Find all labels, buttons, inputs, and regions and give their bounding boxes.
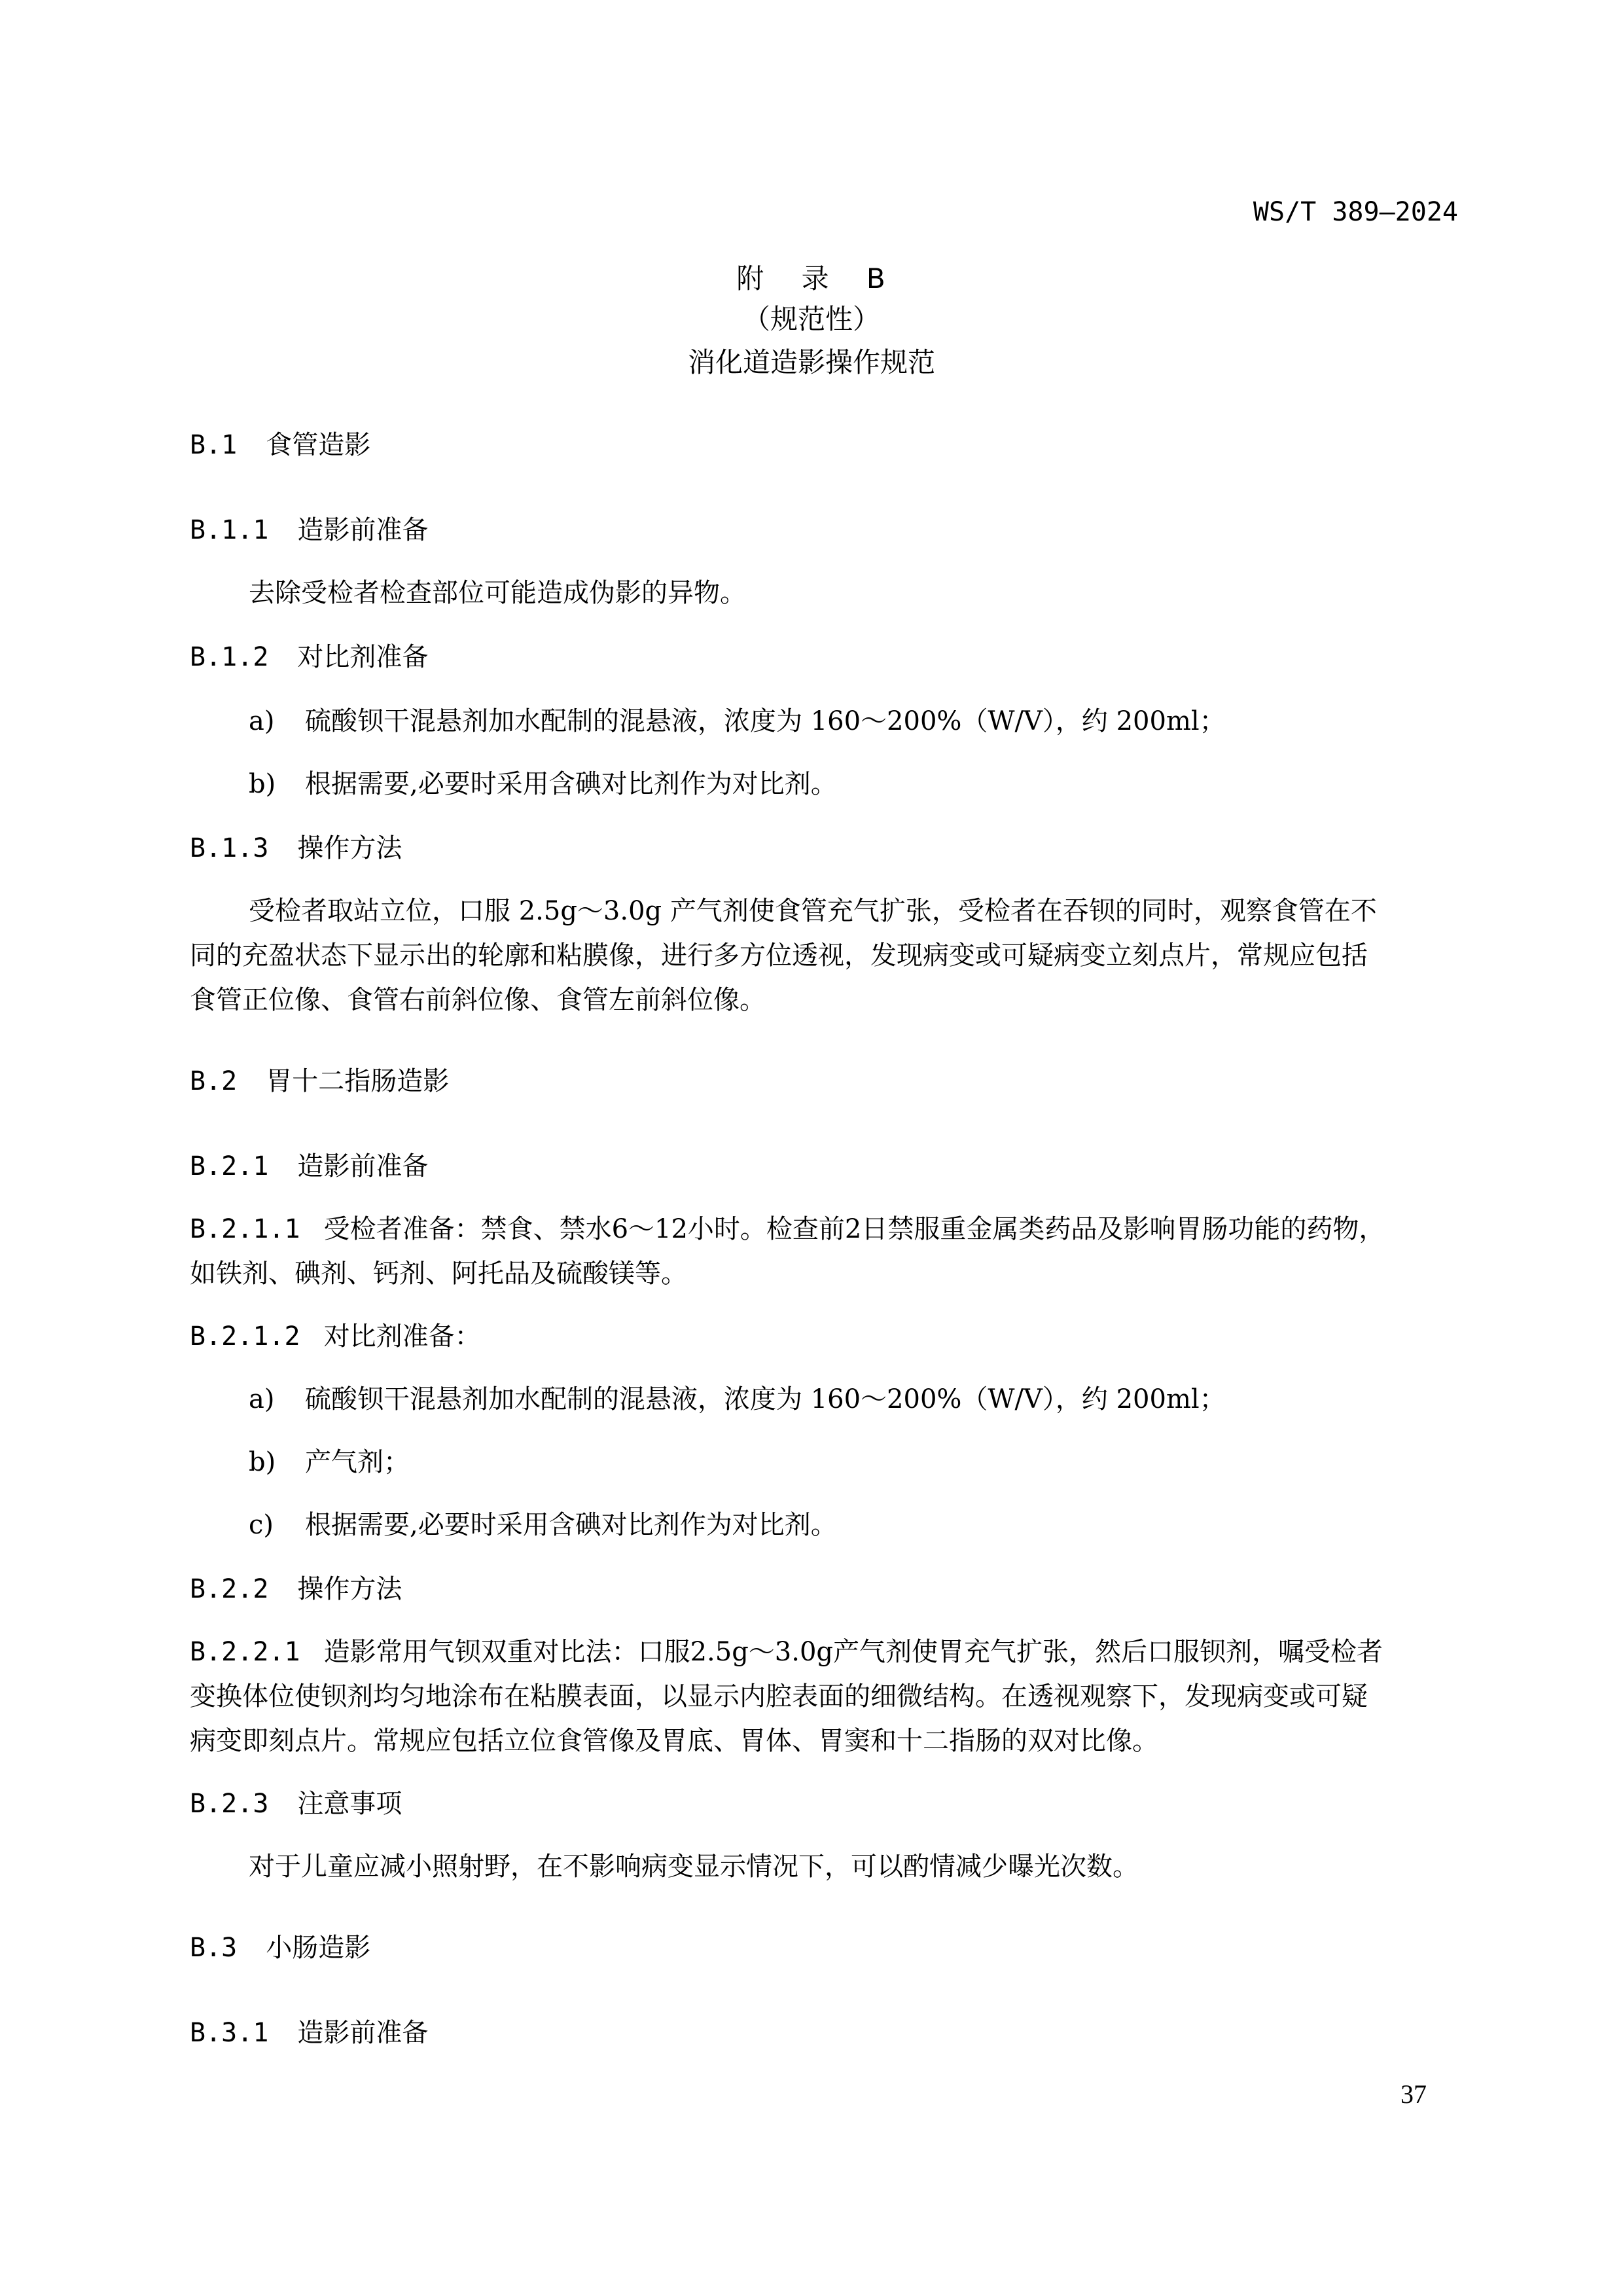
section-number: B.2.2.1 bbox=[190, 1637, 300, 1667]
section-number: B.1.3 bbox=[190, 830, 268, 867]
appendix-label: 附 录 B bbox=[0, 260, 1623, 297]
appendix-title: 消化道造影操作规范 bbox=[0, 344, 1623, 381]
section-number: B.2.1.2 bbox=[190, 1321, 300, 1352]
section-title: 胃十二指肠造影 bbox=[266, 1066, 449, 1096]
section-number: B.2.3 bbox=[190, 1785, 268, 1822]
paragraph-line: 受检者准备：禁食、禁水6～12小时。检查前2日禁服重金属类药品及影响胃肠功能的药… bbox=[324, 1214, 1385, 1244]
section-number: B.2.2 bbox=[190, 1571, 268, 1607]
section-title: 操作方法 bbox=[297, 1574, 402, 1604]
paragraph-b2-1-2: B.2.1.2对比剂准备： bbox=[190, 1318, 481, 1355]
list-marker: a) bbox=[249, 1381, 305, 1418]
heading-b1-1: B.1.1造影前准备 bbox=[190, 512, 428, 548]
list-item: b)根据需要,必要时采用含碘对比剂作为对比剂。 bbox=[249, 766, 837, 802]
paragraph-line: 受检者取站立位，口服 2.5g～3.0g 产气剂使食管充气扩张，受检者在吞钡的同… bbox=[249, 893, 1377, 929]
heading-b1-2: B.1.2对比剂准备 bbox=[190, 639, 428, 675]
list-item: a)硫酸钡干混悬剂加水配制的混悬液，浓度为 160～200%（W/V），约 20… bbox=[249, 1381, 1226, 1418]
section-number: B.2.1 bbox=[190, 1148, 268, 1185]
list-text: 硫酸钡干混悬剂加水配制的混悬液，浓度为 160～200%（W/V），约 200m… bbox=[305, 706, 1226, 736]
list-marker: a) bbox=[249, 703, 305, 740]
list-item: b)产气剂； bbox=[249, 1444, 410, 1480]
section-title: 造影前准备 bbox=[297, 2018, 428, 2048]
list-marker: b) bbox=[249, 766, 305, 802]
paragraph-line: 如铁剂、碘剂、钙剂、阿托品及硫酸镁等。 bbox=[190, 1255, 687, 1292]
heading-b3-1: B.3.1造影前准备 bbox=[190, 2015, 428, 2051]
list-marker: c) bbox=[249, 1507, 305, 1543]
section-title: 对比剂准备 bbox=[297, 642, 428, 672]
heading-b3: B.3小肠造影 bbox=[190, 1929, 370, 1966]
paragraph-line: 对比剂准备： bbox=[324, 1321, 481, 1352]
paragraph-line: 同的充盈状态下显示出的轮廓和粘膜像，进行多方位透视，发现病变或可疑病变立刻点片，… bbox=[190, 937, 1368, 974]
paragraph-b2-2-1: B.2.2.1造影常用气钡双重对比法：口服2.5g～3.0g产气剂使胃充气扩张，… bbox=[190, 1634, 1383, 1670]
section-number: B.1.1 bbox=[190, 512, 268, 548]
list-marker: b) bbox=[249, 1444, 305, 1480]
section-title: 操作方法 bbox=[297, 833, 402, 863]
section-number: B.3.1 bbox=[190, 2015, 268, 2051]
section-title: 造影前准备 bbox=[297, 515, 428, 545]
section-number: B.3 bbox=[190, 1929, 237, 1966]
heading-b2-3: B.2.3注意事项 bbox=[190, 1785, 402, 1822]
heading-b2-2: B.2.2操作方法 bbox=[190, 1571, 402, 1607]
section-number: B.2.1.1 bbox=[190, 1214, 300, 1244]
section-title: 食管造影 bbox=[266, 430, 370, 460]
appendix-type: （规范性） bbox=[0, 301, 1623, 338]
paragraph-b2-3: 对于儿童应减小照射野，在不影响病变显示情况下，可以酌情减少曝光次数。 bbox=[249, 1848, 1139, 1885]
heading-b2: B.2胃十二指肠造影 bbox=[190, 1063, 449, 1100]
paragraph-line: 食管正位像、食管右前斜位像、食管左前斜位像。 bbox=[190, 982, 766, 1018]
list-text: 硫酸钡干混悬剂加水配制的混悬液，浓度为 160～200%（W/V），约 200m… bbox=[305, 1384, 1226, 1414]
section-title: 小肠造影 bbox=[266, 1933, 370, 1963]
heading-b1: B.1食管造影 bbox=[190, 427, 370, 463]
paragraph-b2-1-1: B.2.1.1受检者准备：禁食、禁水6～12小时。检查前2日禁服重金属类药品及影… bbox=[190, 1211, 1385, 1247]
paragraph-line: 变换体位使钡剂均匀地涂布在粘膜表面，以显示内腔表面的细微结构。在透视观察下，发现… bbox=[190, 1678, 1368, 1715]
paragraph-b1-1: 去除受检者检查部位可能造成伪影的异物。 bbox=[249, 575, 746, 611]
page-number: 37 bbox=[1400, 2076, 1427, 2113]
list-item: c)根据需要,必要时采用含碘对比剂作为对比剂。 bbox=[249, 1507, 837, 1543]
section-number: B.1 bbox=[190, 427, 237, 463]
list-text: 产气剂； bbox=[305, 1447, 410, 1477]
section-number: B.2 bbox=[190, 1063, 237, 1100]
paragraph-line: 造影常用气钡双重对比法：口服2.5g～3.0g产气剂使胃充气扩张，然后口服钡剂，… bbox=[324, 1637, 1383, 1667]
paragraph-line: 病变即刻点片。常规应包括立位食管像及胃底、胃体、胃窦和十二指肠的双对比像。 bbox=[190, 1723, 1158, 1759]
heading-b2-1: B.2.1造影前准备 bbox=[190, 1148, 428, 1185]
section-title: 造影前准备 bbox=[297, 1151, 428, 1181]
list-text: 根据需要,必要时采用含碘对比剂作为对比剂。 bbox=[305, 769, 837, 799]
section-title: 注意事项 bbox=[297, 1789, 402, 1819]
list-item: a)硫酸钡干混悬剂加水配制的混悬液，浓度为 160～200%（W/V），约 20… bbox=[249, 703, 1226, 740]
list-text: 根据需要,必要时采用含碘对比剂作为对比剂。 bbox=[305, 1510, 837, 1540]
heading-b1-3: B.1.3操作方法 bbox=[190, 830, 402, 867]
section-number: B.1.2 bbox=[190, 639, 268, 675]
standard-code: WS/T 389—2024 bbox=[1253, 194, 1458, 230]
